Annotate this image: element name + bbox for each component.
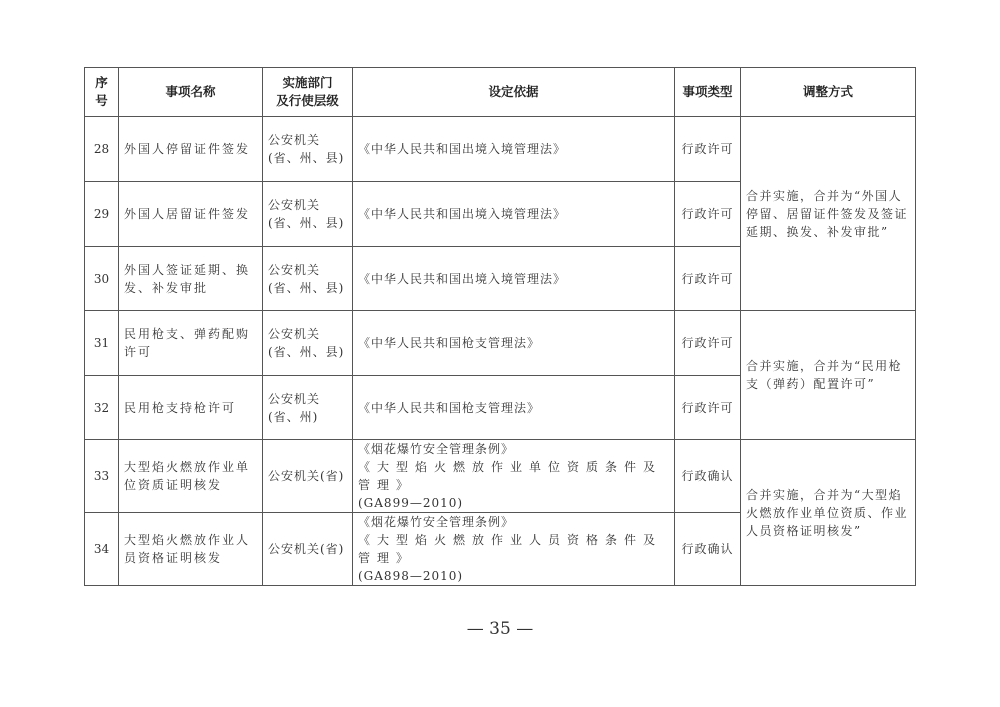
items-table: 序号 事项名称 实施部门及行使层级 设定依据 事项类型 调整方式 28 外国人停…: [84, 67, 916, 586]
header-adjust: 调整方式: [741, 68, 916, 117]
row-seq: 30: [85, 247, 119, 311]
page-number: — 35 —: [0, 619, 1000, 639]
table-header-row: 序号 事项名称 实施部门及行使层级 设定依据 事项类型 调整方式: [85, 68, 916, 117]
row-basis: 《中华人民共和国出境入境管理法》: [353, 247, 675, 311]
row-name: 民用枪支、弹药配购许可: [119, 311, 263, 376]
row-dept: 公安机关(省、州、县): [263, 182, 353, 247]
row-dept: 公安机关(省): [263, 440, 353, 513]
row-basis: 《烟花爆竹安全管理条例》 《大型焰火燃放作业单位资质条件及管理》 (GA899—…: [353, 440, 675, 513]
header-dept: 实施部门及行使层级: [263, 68, 353, 117]
row-seq: 28: [85, 117, 119, 182]
row-dept: 公安机关(省): [263, 513, 353, 586]
row-seq: 34: [85, 513, 119, 586]
row-name: 外国人停留证件签发: [119, 117, 263, 182]
row-seq: 31: [85, 311, 119, 376]
row-dept: 公安机关(省、州、县): [263, 247, 353, 311]
row-adjust: 合并实施，合并为“外国人停留、居留证件签发及签证延期、换发、补发审批”: [741, 117, 916, 311]
row-name: 外国人签证延期、换发、补发审批: [119, 247, 263, 311]
row-dept: 公安机关(省、州、县): [263, 311, 353, 376]
row-type: 行政确认: [675, 440, 741, 513]
table-row: 28 外国人停留证件签发 公安机关(省、州、县) 《中华人民共和国出境入境管理法…: [85, 117, 916, 182]
header-type: 事项类型: [675, 68, 741, 117]
row-name: 外国人居留证件签发: [119, 182, 263, 247]
row-type: 行政许可: [675, 376, 741, 440]
row-basis: 《中华人民共和国出境入境管理法》: [353, 182, 675, 247]
header-seq: 序号: [85, 68, 119, 117]
row-basis: 《烟花爆竹安全管理条例》 《大型焰火燃放作业人员资格条件及管理》 (GA898—…: [353, 513, 675, 586]
row-adjust: 合并实施，合并为“大型焰火燃放作业单位资质、作业人员资格证明核发”: [741, 440, 916, 586]
row-name: 民用枪支持枪许可: [119, 376, 263, 440]
row-name: 大型焰火燃放作业人员资格证明核发: [119, 513, 263, 586]
row-adjust: 合并实施，合并为“民用枪支（弹药）配置许可”: [741, 311, 916, 440]
row-dept: 公安机关(省、州、县): [263, 117, 353, 182]
row-seq: 33: [85, 440, 119, 513]
row-seq: 29: [85, 182, 119, 247]
row-basis: 《中华人民共和国枪支管理法》: [353, 376, 675, 440]
row-type: 行政确认: [675, 513, 741, 586]
row-type: 行政许可: [675, 117, 741, 182]
row-seq: 32: [85, 376, 119, 440]
table-row: 33 大型焰火燃放作业单位资质证明核发 公安机关(省) 《烟花爆竹安全管理条例》…: [85, 440, 916, 513]
row-basis: 《中华人民共和国出境入境管理法》: [353, 117, 675, 182]
table-row: 31 民用枪支、弹药配购许可 公安机关(省、州、县) 《中华人民共和国枪支管理法…: [85, 311, 916, 376]
row-type: 行政许可: [675, 247, 741, 311]
header-name: 事项名称: [119, 68, 263, 117]
row-basis: 《中华人民共和国枪支管理法》: [353, 311, 675, 376]
row-name: 大型焰火燃放作业单位资质证明核发: [119, 440, 263, 513]
header-basis: 设定依据: [353, 68, 675, 117]
row-type: 行政许可: [675, 311, 741, 376]
row-dept: 公安机关(省、州): [263, 376, 353, 440]
row-type: 行政许可: [675, 182, 741, 247]
